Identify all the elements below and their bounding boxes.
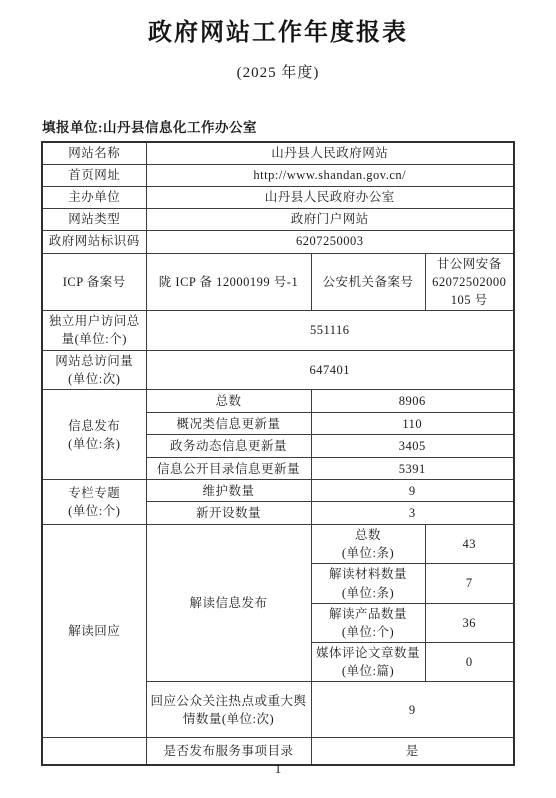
special-columns-label-text: 专栏专题 [47, 484, 142, 502]
table-row: ICP 备案号 陇 ICP 备 12000199 号-1 公安机关备案号 甘公网… [42, 253, 514, 310]
page-title: 政府网站工作年度报表 [0, 12, 556, 47]
maintained-count-value: 9 [311, 480, 514, 502]
new-columns-value: 3 [311, 502, 514, 525]
interpretation-label: 解读回应 [42, 525, 146, 738]
interp-products-unit-text: (单位:个) [316, 623, 421, 641]
interp-total-value: 43 [425, 525, 514, 564]
table-row: 首页网址 http://www.shandan.gov.cn/ [42, 164, 514, 186]
interp-materials-value: 7 [425, 564, 514, 603]
table-row: 网站名称 山丹县人民政府网站 [42, 142, 514, 164]
page-number: 1 [0, 761, 556, 777]
special-columns-label: 专栏专题 (单位:个) [42, 480, 146, 525]
host-unit-label: 主办单位 [42, 186, 146, 208]
info-directory-label: 信息公开目录信息更新量 [146, 458, 311, 480]
table-row: 网站总访问量 (单位:次) 647401 [42, 350, 514, 389]
interp-materials-label: 解读材料数量 (单位:条) [311, 564, 425, 603]
interp-total-unit-text: (单位:条) [316, 544, 421, 562]
interp-products-value: 36 [425, 603, 514, 642]
site-type-value: 政府门户网站 [146, 208, 514, 230]
icp-filing-label: ICP 备案号 [42, 253, 146, 310]
police-filing-value: 甘公网安备 62072502000 105 号 [425, 253, 514, 310]
interp-total-label-text: 总数 [316, 526, 421, 544]
interp-materials-unit-text: (单位:条) [316, 584, 421, 602]
site-name-label: 网站名称 [42, 142, 146, 164]
info-publish-label-text: 信息发布 [47, 417, 142, 435]
total-visits-label: 网站总访问量 (单位:次) [42, 350, 146, 389]
site-code-value: 6207250003 [146, 230, 514, 253]
unique-visitors-value: 551116 [146, 310, 514, 350]
info-news-label: 政务动态信息更新量 [146, 435, 311, 458]
interp-media-label: 媒体评论文章数量 (单位:篇) [311, 642, 425, 681]
new-columns-label: 新开设数量 [146, 502, 311, 525]
filing-unit-line: 填报单位:山丹县信息化工作办公室 [42, 116, 257, 136]
home-url-value: http://www.shandan.gov.cn/ [146, 164, 514, 186]
interp-products-label-text: 解读产品数量 [316, 605, 421, 623]
interp-media-label-text: 媒体评论文章数量 [316, 644, 421, 662]
maintained-count-label: 维护数量 [146, 480, 311, 502]
hotspot-response-label: 回应公众关注热点或重大舆情数量(单位:次) [146, 682, 311, 738]
annual-report-table: 网站名称 山丹县人民政府网站 首页网址 http://www.shandan.g… [41, 141, 515, 766]
info-publish-unit-text: (单位:条) [47, 435, 142, 453]
info-overview-label: 概况类信息更新量 [146, 413, 311, 435]
hotspot-response-value: 9 [311, 682, 514, 738]
report-year-subtitle: (2025 年度) [0, 61, 556, 82]
table-row: 主办单位 山丹县人民政府办公室 [42, 186, 514, 208]
total-visits-value: 647401 [146, 350, 514, 389]
interp-media-unit-text: (单位:篇) [316, 662, 421, 680]
table-row: 解读回应 解读信息发布 总数 (单位:条) 43 [42, 525, 514, 564]
host-unit-value: 山丹县人民政府办公室 [146, 186, 514, 208]
special-columns-unit-text: (单位:个) [47, 502, 142, 520]
info-news-value: 3405 [311, 435, 514, 458]
info-publish-label: 信息发布 (单位:条) [42, 390, 146, 480]
info-total-value: 8906 [311, 390, 514, 413]
interp-total-label: 总数 (单位:条) [311, 525, 425, 564]
police-filing-label: 公安机关备案号 [311, 253, 425, 310]
table-row: 独立用户访问总量(单位:个) 551116 [42, 310, 514, 350]
site-type-label: 网站类型 [42, 208, 146, 230]
info-overview-value: 110 [311, 413, 514, 435]
home-url-label: 首页网址 [42, 164, 146, 186]
table-row: 政府网站标识码 6207250003 [42, 230, 514, 253]
table-row: 信息发布 (单位:条) 总数 8906 [42, 390, 514, 413]
table-row: 专栏专题 (单位:个) 维护数量 9 [42, 480, 514, 502]
info-directory-value: 5391 [311, 458, 514, 480]
interp-materials-label-text: 解读材料数量 [316, 565, 421, 583]
icp-filing-value: 陇 ICP 备 12000199 号-1 [146, 253, 311, 310]
site-code-label: 政府网站标识码 [42, 230, 146, 253]
info-total-label: 总数 [146, 390, 311, 413]
site-name-value: 山丹县人民政府网站 [146, 142, 514, 164]
table-row: 网站类型 政府门户网站 [42, 208, 514, 230]
report-page: 政府网站工作年度报表 (2025 年度) 填报单位:山丹县信息化工作办公室 网站… [0, 0, 556, 798]
interpretation-publish-label: 解读信息发布 [146, 525, 311, 682]
interp-products-label: 解读产品数量 (单位:个) [311, 603, 425, 642]
unique-visitors-label: 独立用户访问总量(单位:个) [42, 310, 146, 350]
interp-media-value: 0 [425, 642, 514, 681]
